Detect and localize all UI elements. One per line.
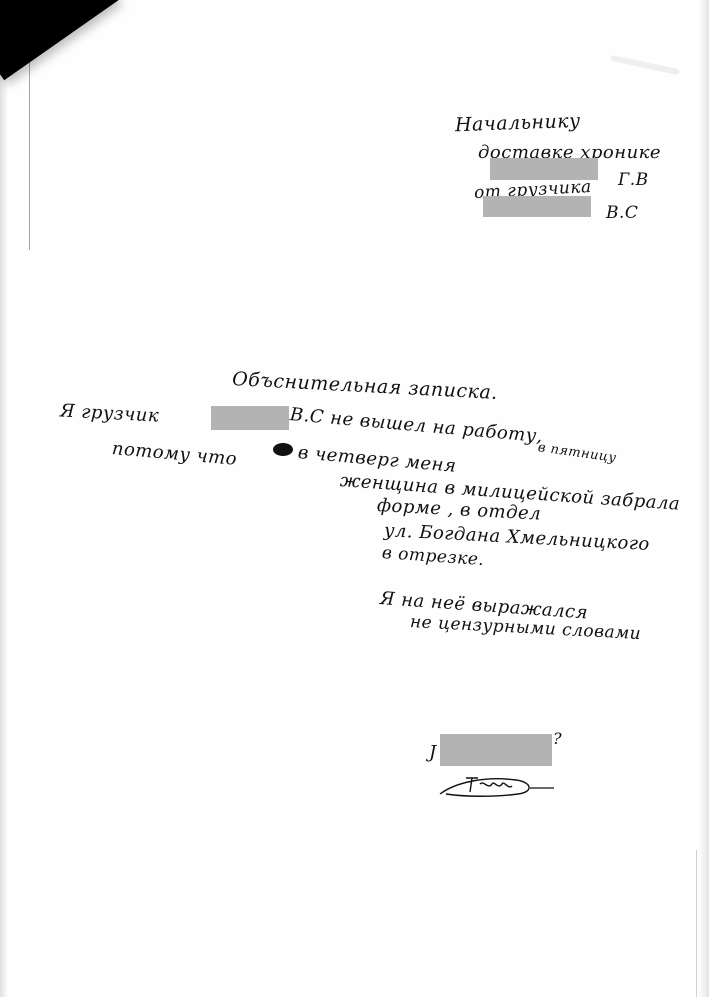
redacted-signer-name bbox=[440, 734, 552, 766]
header-line-1: Начальнику bbox=[455, 110, 581, 136]
page-edge-shadow-right bbox=[699, 0, 709, 997]
body-line-2-insert: в пятницу bbox=[537, 440, 617, 466]
handwritten-signature bbox=[436, 770, 556, 800]
sender-initials: В.С bbox=[606, 203, 638, 223]
signature-mark-right: ? bbox=[553, 729, 562, 748]
addressee-initials: Г.В bbox=[618, 170, 649, 190]
document-title: Объснительная записка. bbox=[232, 368, 499, 404]
scan-smudge bbox=[610, 55, 680, 75]
scan-shadow-corner bbox=[0, 0, 119, 80]
body-line-1-suffix: В.С не вышел на работу, bbox=[289, 404, 544, 447]
body-line-1-prefix: Я грузчик bbox=[60, 400, 160, 426]
page-edge-shadow-left bbox=[0, 40, 8, 997]
body-line-6: в отрезке. bbox=[381, 543, 485, 570]
fold-line-left bbox=[29, 40, 30, 250]
body-line-2-prefix: потому что bbox=[111, 438, 238, 470]
redacted-body-name bbox=[211, 406, 289, 430]
ink-blot bbox=[273, 443, 293, 456]
scanned-page: Начальнику доставке хронике Г.В от грузч… bbox=[0, 0, 709, 997]
redacted-sender-name bbox=[483, 196, 591, 217]
fold-line-right bbox=[696, 850, 697, 997]
signature-mark-left: J bbox=[429, 742, 437, 763]
